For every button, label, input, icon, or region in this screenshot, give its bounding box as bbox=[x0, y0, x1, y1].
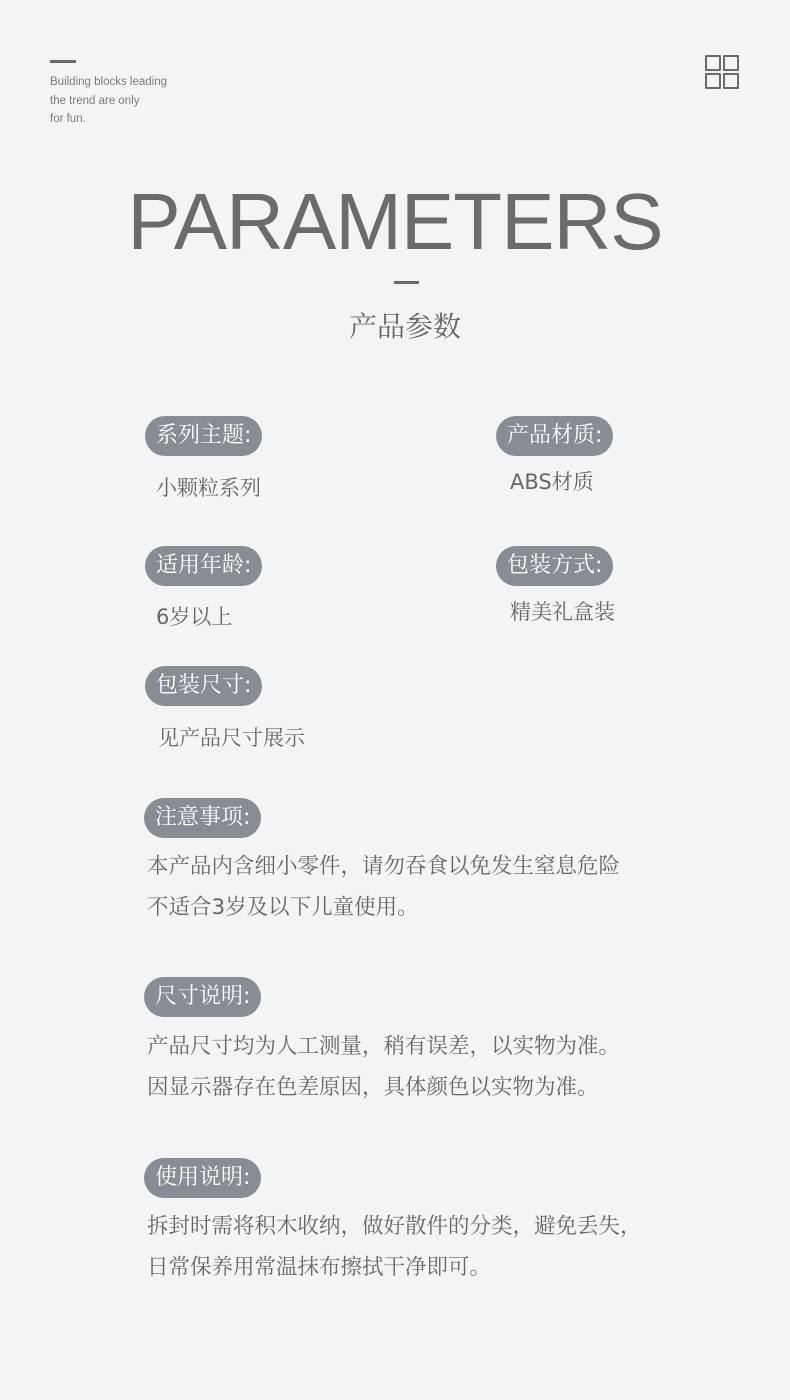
note-line: 不适合3岁及以下儿童使用。 bbox=[147, 887, 620, 928]
note-text-caution: 本产品内含细小零件，请勿吞食以免发生窒息危险 不适合3岁及以下儿童使用。 bbox=[147, 846, 620, 928]
param-value-box-size: 见产品尺寸展示 bbox=[158, 722, 305, 752]
title-divider bbox=[394, 281, 419, 284]
note-label-size: 尺寸说明: bbox=[144, 977, 261, 1017]
tagline-line: the trend are only bbox=[50, 92, 167, 111]
param-value-series: 小颗粒系列 bbox=[156, 472, 261, 502]
grid-icon bbox=[705, 55, 739, 89]
note-line: 拆封时需将积木收纳，做好散件的分类，避免丢失， bbox=[147, 1206, 642, 1247]
tagline: Building blocks leading the trend are on… bbox=[50, 73, 167, 129]
param-label-box-size: 包装尺寸: bbox=[145, 666, 262, 706]
note-label-usage: 使用说明: bbox=[144, 1158, 261, 1198]
page-title: PARAMETERS bbox=[0, 176, 790, 268]
tagline-line: for fun. bbox=[50, 110, 167, 129]
param-value-age: 6岁以上 bbox=[156, 601, 232, 631]
param-label-age: 适用年龄: bbox=[145, 546, 262, 586]
param-label-material: 产品材质: bbox=[496, 416, 613, 456]
param-label-series: 系列主题: bbox=[145, 416, 262, 456]
note-line: 本产品内含细小零件，请勿吞食以免发生窒息危险 bbox=[147, 846, 620, 887]
note-line: 产品尺寸均为人工测量，稍有误差，以实物为准。 bbox=[147, 1026, 620, 1067]
note-text-size: 产品尺寸均为人工测量，稍有误差，以实物为准。 因显示器存在色差原因，具体颜色以实… bbox=[147, 1026, 620, 1108]
note-line: 因显示器存在色差原因，具体颜色以实物为准。 bbox=[147, 1067, 620, 1108]
note-line: 日常保养用常温抹布擦拭干净即可。 bbox=[147, 1247, 642, 1288]
note-text-usage: 拆封时需将积木收纳，做好散件的分类，避免丢失， 日常保养用常温抹布擦拭干净即可。 bbox=[147, 1206, 642, 1288]
tagline-line: Building blocks leading bbox=[50, 73, 167, 92]
page-subtitle: 产品参数 bbox=[0, 305, 790, 345]
param-value-packaging: 精美礼盒装 bbox=[510, 596, 615, 626]
decorative-bar bbox=[50, 60, 76, 63]
note-label-caution: 注意事项: bbox=[144, 798, 261, 838]
param-value-material: ABS材质 bbox=[510, 466, 594, 496]
param-label-packaging: 包装方式: bbox=[496, 546, 613, 586]
